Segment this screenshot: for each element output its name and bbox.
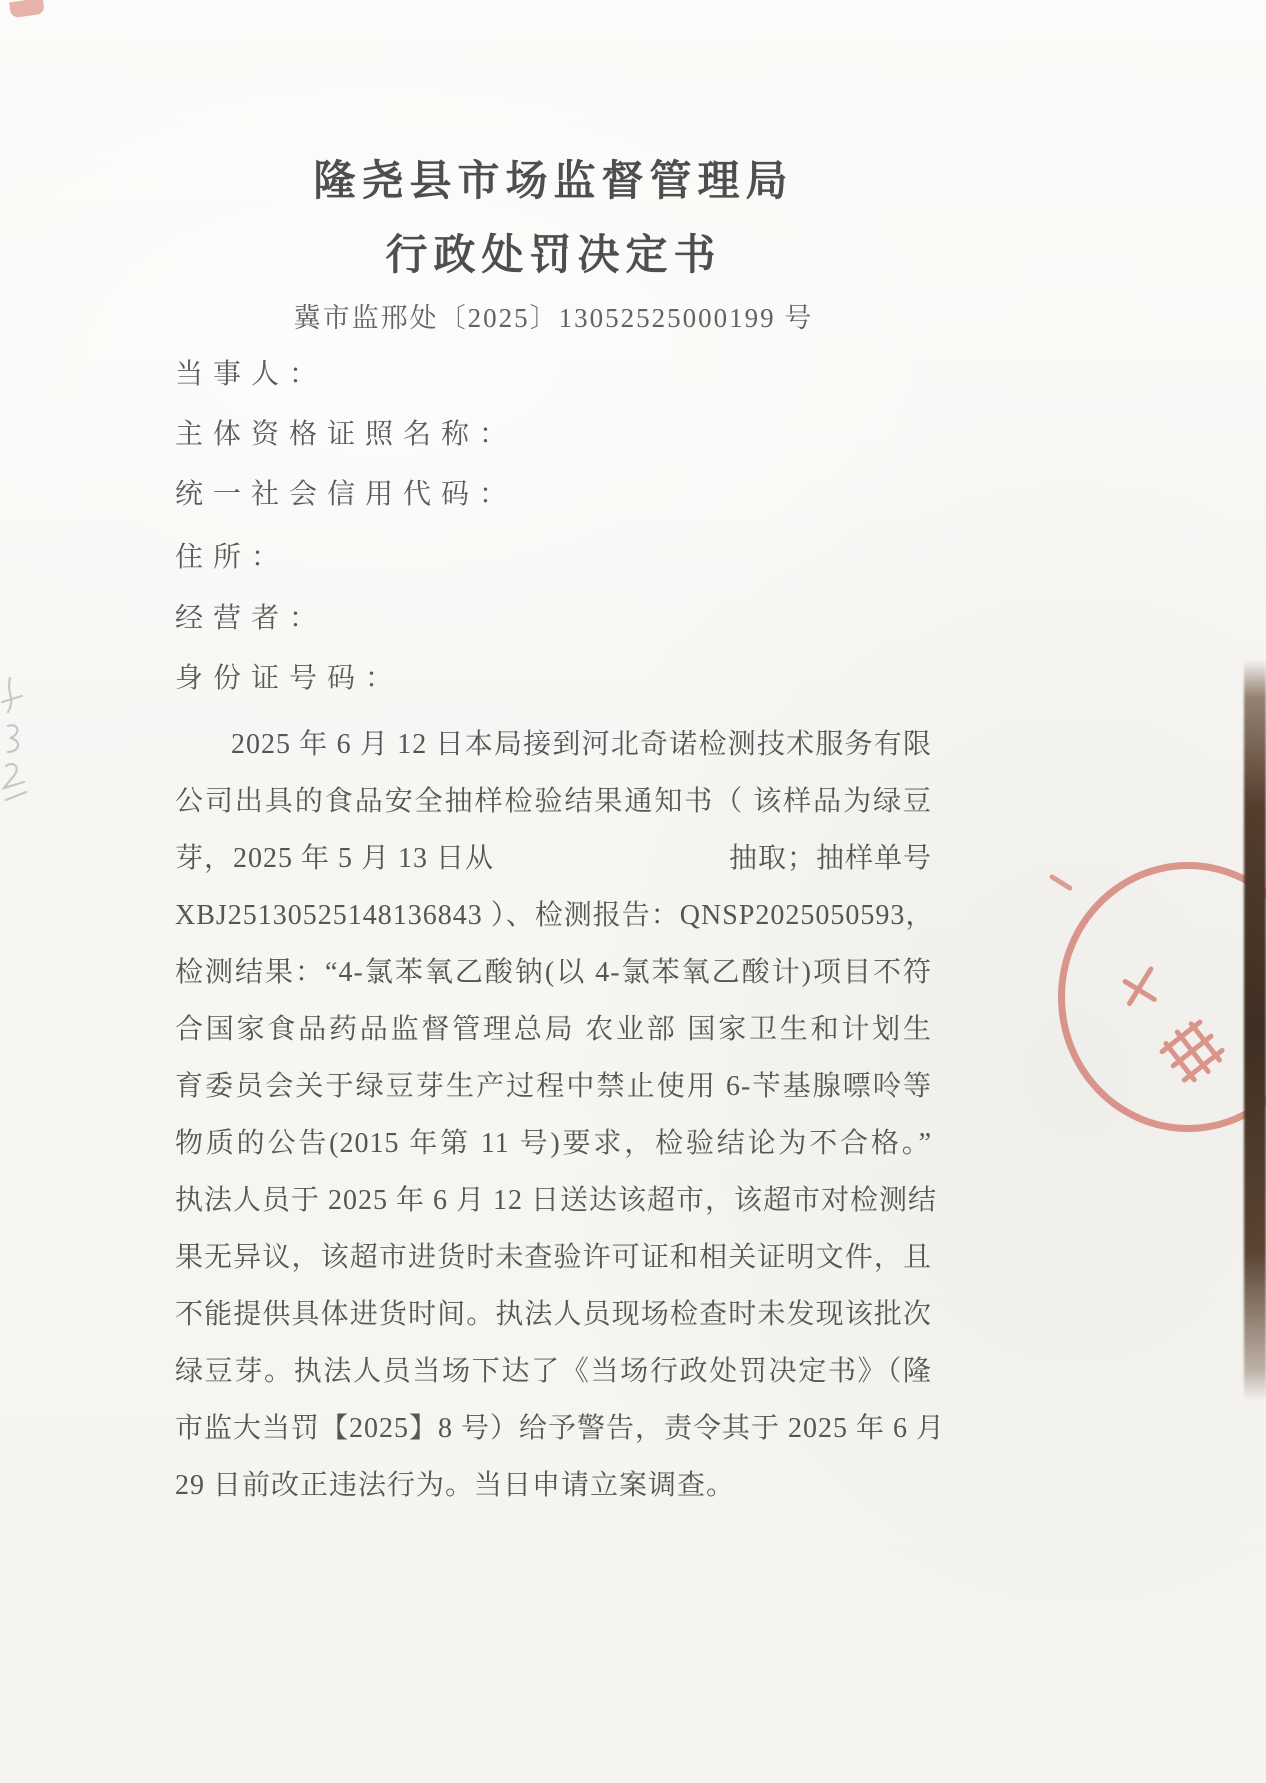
body-line-6: 合国家食品药品监督管理总局 农业部 国家卫生和计划生 <box>175 1007 932 1047</box>
body-line-5: 检测结果：“4-氯苯氧乙酸钠(以 4-氯苯氧乙酸计)项目不符 <box>175 950 932 990</box>
field-party-label: 当事人： <box>175 352 935 392</box>
body-line-10: 果无异议，该超市进货时未查验许可证和相关证明文件，且 <box>175 1235 932 1275</box>
scanned-document-page: 隆尧县市场监督管理局 行政处罚决定书 冀市监邢处〔2025〕1305252500… <box>0 0 1266 1783</box>
body-line-2: 公司出具的食品安全抽样检验结果通知书（ 该样品为绿豆 <box>175 779 932 819</box>
field-operator-label: 经营者： <box>175 596 935 636</box>
body-line-1: 2025 年 6 月 12 日本局接到河北奇诺检测技术服务有限 <box>175 722 932 762</box>
body-line-3-left: 芽，2025 年 5 月 13 日从 <box>175 836 494 876</box>
body-line-9: 执法人员于 2025 年 6 月 12 日送达该超市，该超市对检测结 <box>175 1178 932 1218</box>
body-line-3: 芽，2025 年 5 月 13 日从 抽取；抽样单号 <box>175 836 932 876</box>
body-line-3-right: 抽取；抽样单号 <box>729 836 932 876</box>
document-title-agency: 隆尧县市场监督管理局 <box>175 148 932 208</box>
document-number: 冀市监邢处〔2025〕13052525000199 号 <box>175 296 932 335</box>
page-edge-shadow <box>1244 660 1266 1400</box>
official-seal-arc-fragment <box>1049 873 1074 891</box>
body-line-14: 29 日前改正违法行为。当日申请立案调查。 <box>175 1463 932 1503</box>
body-line-13: 市监大当罚【2025】8 号）给予警告，责令其于 2025 年 6 月 <box>175 1406 932 1446</box>
red-corner-smudge <box>9 0 45 18</box>
field-id-number-label: 身份证号码： <box>175 656 935 696</box>
handwritten-margin-note <box>0 668 56 818</box>
body-line-4: XBJ25130525148136843 ）、检测报告：QNSP20250505… <box>175 893 932 933</box>
field-license-name-label: 主体资格证照名称： <box>175 412 935 452</box>
body-line-8: 物质的公告(2015 年第 11 号)要求，检验结论为不合格。” <box>175 1121 932 1161</box>
field-address-label: 住所： <box>175 535 935 575</box>
body-line-12: 绿豆芽。执法人员当场下达了《当场行政处罚决定书》（隆 <box>175 1349 932 1389</box>
document-title-type: 行政处罚决定书 <box>175 222 932 282</box>
body-line-7: 育委员会关于绿豆芽生产过程中禁止使用 6-苄基腺嘌呤等 <box>175 1064 932 1104</box>
field-credit-code-label: 统一社会信用代码： <box>175 472 935 512</box>
body-line-11: 不能提供具体进货时间。执法人员现场检查时未发现该批次 <box>175 1292 932 1332</box>
